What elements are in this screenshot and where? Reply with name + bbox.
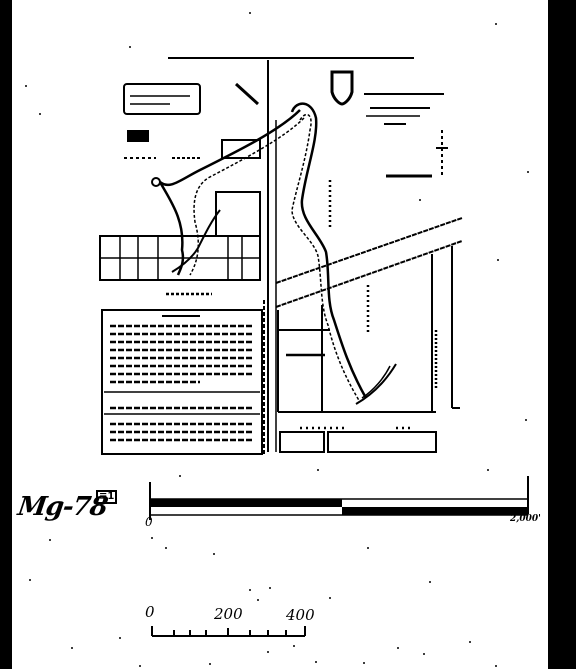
seal-shield [332, 72, 352, 104]
scanned-map-page: Mg-78 ≡1 0 2,000' 0 200 400 [0, 0, 576, 669]
small-scale-label-0: 0 [145, 603, 155, 621]
sheet-mark: ≡1 [96, 490, 117, 504]
plat-drawing [0, 0, 576, 669]
large-scale-end-label: 2,000' [510, 514, 541, 524]
small-scale-label-200: 200 [214, 605, 243, 623]
large-scale-start-label: 0 [145, 515, 153, 529]
small-scale-label-400: 400 [286, 606, 315, 624]
legend-box [124, 84, 200, 114]
